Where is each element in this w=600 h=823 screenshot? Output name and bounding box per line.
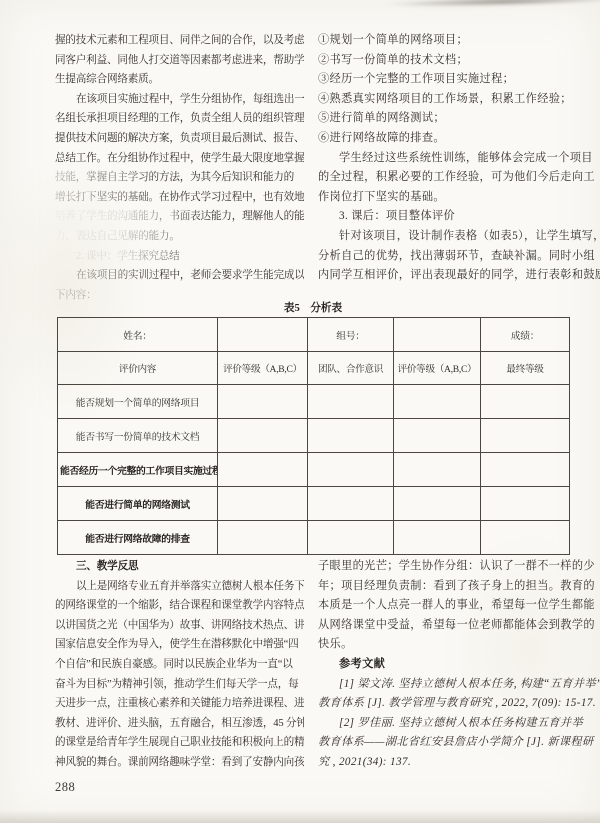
table-row: 能否规划一个简单的网络项目: [58, 385, 570, 419]
text-line: 培养了学生的沟通能力，书面表达能力，理解他人的能: [55, 207, 304, 227]
text-line: [1] 梁文涛. 坚持立德树人根本任务, 构建“五育并举”: [318, 675, 600, 695]
table-cell-blank: [481, 521, 570, 555]
table-cell-criterion: 能否书写一份简单的技术文档: [58, 419, 218, 453]
text-line: 技能，掌握自主学习的方法，为其今后知识和能力的: [55, 168, 304, 188]
text-line: ③经历一个完整的工作项目实施过程；: [318, 70, 600, 90]
table-header-cell: 评价等级（A,B,C）: [394, 352, 481, 385]
table-body: 能否规划一个简单的网络项目 能否书写一份简单的技术文档: [58, 385, 570, 555]
text-line: 本质是一个人点亮一群人的事业，希望每一位学生都能: [318, 596, 600, 616]
text-line: 总结工作。在分组协作过程中，使学生最大限度地掌握: [55, 149, 304, 169]
table-cell-blank: [481, 419, 570, 453]
text-line: 内同学互相评价，评出表现最好的同学，进行表彰和鼓励。: [318, 266, 600, 286]
table-cell-blank: [394, 419, 481, 453]
text-line: ⑤进行简单的网络测试；: [318, 109, 600, 129]
text-line: 究 , 2021(34): 137.: [318, 753, 600, 773]
text-line: 天进步一点，注重核心素养和关键能力培养进课程、进: [55, 694, 304, 714]
table-info-row: 姓名：组号：成绩：: [58, 318, 570, 352]
text-line: 增长打下坚实的基础。在协作式学习过程中，也有效地: [55, 188, 304, 208]
text-line: [2] 罗佳丽. 坚持立德树人根本任务构建五育并举: [318, 714, 600, 734]
text-line: 教育体系——湖北省红安县詹店小学简介 [J]. 新课程研: [318, 733, 600, 753]
text-line: 以讲国货之光（中国华为）故事、讲网络技术热点、讲: [55, 616, 304, 636]
scanned-paper-page: 握的技术元素和工程项目、同伴之间的合作，以及考虑同客户利益、同他人打交道等因素都…: [0, 0, 600, 823]
text-line: 在该项目的实训过程中，老师会要求学生能完成以: [55, 266, 304, 286]
table-cell-blank: [218, 419, 308, 453]
table-info-cell: 组号：: [308, 318, 394, 352]
text-line: 针对该项目，设计制作表格（如表5），让学生填写，: [318, 227, 600, 247]
text-line: 在该项目实施过程中，学生分组协作，每组选出一: [55, 90, 304, 110]
table-cell-blank: [308, 453, 394, 487]
text-line: 教育体系 [J]. 教学管理与教育研究 , 2022, 7(09): 15-17…: [318, 694, 600, 714]
table-cell-blank: [308, 521, 394, 555]
table-title: 表5 分析表: [57, 301, 569, 316]
text-line: 年；项目经理负责制：看到了孩子身上的担当。教育的: [318, 577, 600, 597]
text-line: 握的技术元素和工程项目、同伴之间的合作，以及考虑: [55, 31, 304, 51]
text-line: 奋斗为目标”为精神引领，推动学生们每天学一点，每: [55, 675, 304, 695]
table-info-cell: 姓名：: [58, 318, 218, 352]
table-cell-criterion: 能否进行网络故障的排查: [58, 521, 218, 555]
table-cell-blank: [481, 385, 570, 419]
table-header-cell: 最终等级: [481, 352, 570, 385]
right-column-bottom: 子眼里的光芒；学生协作分组：认识了一群不一样的少年；项目经理负责制：看到了孩子身…: [318, 557, 600, 773]
table-cell-blank: [394, 453, 481, 487]
table-cell-blank: [308, 419, 394, 453]
scan-shadow-bottom: [0, 810, 600, 823]
scan-shadow-top-icon: [384, 0, 600, 9]
text-line: 参考文献: [318, 655, 600, 675]
text-line: 的课堂是给青年学生展现自己职业技能和积极向上的精: [55, 733, 304, 753]
table-info-cell: [218, 318, 308, 352]
text-line: 分析自己的优势，找出薄弱环节，查缺补漏。同时小组: [318, 247, 600, 267]
text-line: 快乐。: [318, 635, 600, 655]
analysis-table: 姓名：组号：成绩： 评价内容评价等级（A,B,C）团队、合作意识评价等级（A,B…: [57, 317, 569, 555]
table-cell-criterion: 能否经历一个完整的工作项目实施过程: [58, 453, 218, 487]
text-line: 学生经过这些系统性训练，能够体会完成一个项目: [318, 149, 600, 169]
table-cell-blank: [481, 487, 570, 521]
left-column-top: 握的技术元素和工程项目、同伴之间的合作，以及考虑同客户利益、同他人打交道等因素都…: [55, 31, 304, 305]
table-cell-blank: [218, 521, 308, 555]
table-row: 能否进行简单的网络测试: [58, 487, 570, 521]
text-line: 个自信”和民族自豪感。同时以民族企业华为一直“以: [55, 655, 304, 675]
table-row: 能否进行网络故障的排查: [58, 521, 570, 555]
text-line: 作岗位打下坚实的基础。: [318, 188, 600, 208]
table-cell-criterion: 能否规划一个简单的网络项目: [58, 385, 218, 419]
text-line: ②书写一份简单的技术文档；: [318, 51, 600, 71]
table-cell-blank: [394, 487, 481, 521]
table-row: 能否书写一份简单的技术文档: [58, 419, 570, 453]
text-line: 子眼里的光芒；学生协作分组：认识了一群不一样的少: [318, 557, 600, 577]
table-header-cell: 评价内容: [58, 352, 218, 385]
text-line: ④熟悉真实网络项目的工作场景，积累工作经验；: [318, 90, 600, 110]
table-row: 能否经历一个完整的工作项目实施过程: [58, 453, 570, 487]
right-column-top: ①规划一个简单的网络项目；②书写一份简单的技术文档；③经历一个完整的工作项目实施…: [318, 31, 600, 286]
text-line: 国家信息安全作为导入，使学生在潜移默化中增强“四: [55, 635, 304, 655]
page-number: 288: [55, 780, 75, 795]
text-line: 3. 课后：项目整体评价: [318, 207, 600, 227]
text-line: 力，表达自己见解的能力。: [55, 227, 304, 247]
table-header-cell: 团队、合作意识: [308, 352, 394, 385]
table-cell-criterion: 能否进行简单的网络测试: [58, 487, 218, 521]
table-cell-blank: [308, 385, 394, 419]
table-header-row: 评价内容评价等级（A,B,C）团队、合作意识评价等级（A,B,C）最终等级: [58, 352, 570, 385]
table-cell-blank: [394, 385, 481, 419]
text-line: 以上是网络专业五育并举落实立德树人根本任务下: [55, 577, 304, 597]
text-line: ①规划一个简单的网络项目；: [318, 31, 600, 51]
table-info-cell: 成绩：: [481, 318, 570, 352]
text-line: 的网络课堂的一个缩影，结合课程和课堂教学内容特点: [55, 596, 304, 616]
text-line: 生提高综合网络素质。: [55, 70, 304, 90]
table-cell-blank: [218, 385, 308, 419]
table-cell-blank: [394, 521, 481, 555]
text-line: 名组长承担项目经理的工作，负责全组人员的组织管理，: [55, 109, 304, 129]
table-cell-blank: [481, 453, 570, 487]
table-cell-blank: [218, 453, 308, 487]
left-column-bottom: 三、教学反思以上是网络专业五育并举落实立德树人根本任务下的网络课堂的一个缩影，结…: [55, 557, 304, 773]
table-info-cell: [394, 318, 481, 352]
table-cell-blank: [308, 487, 394, 521]
text-line: ⑥进行网络故障的排查。: [318, 129, 600, 149]
text-line: 同客户利益、同他人打交道等因素都考虑进来，帮助学: [55, 51, 304, 71]
text-line: 教材、进评价、进头脑，五育融合，相互渗透，45 分钟: [55, 714, 304, 734]
text-line: 从网络课堂中受益，希望每一位老师都能体会到教学的: [318, 616, 600, 636]
table-cell-blank: [218, 487, 308, 521]
table-header-cell: 评价等级（A,B,C）: [218, 352, 308, 385]
text-line: 三、教学反思: [55, 557, 304, 577]
text-line: 神风貌的舞台。课前网络趣味学堂：看到了安静内向孩: [55, 753, 304, 773]
text-line: 提供技术问题的解决方案，负责项目最后测试、报告、: [55, 129, 304, 149]
text-line: 的全过程，积累必要的工作经验，可为他们今后走向工: [318, 168, 600, 188]
text-line: 2. 课中：学生探究总结: [55, 247, 304, 267]
